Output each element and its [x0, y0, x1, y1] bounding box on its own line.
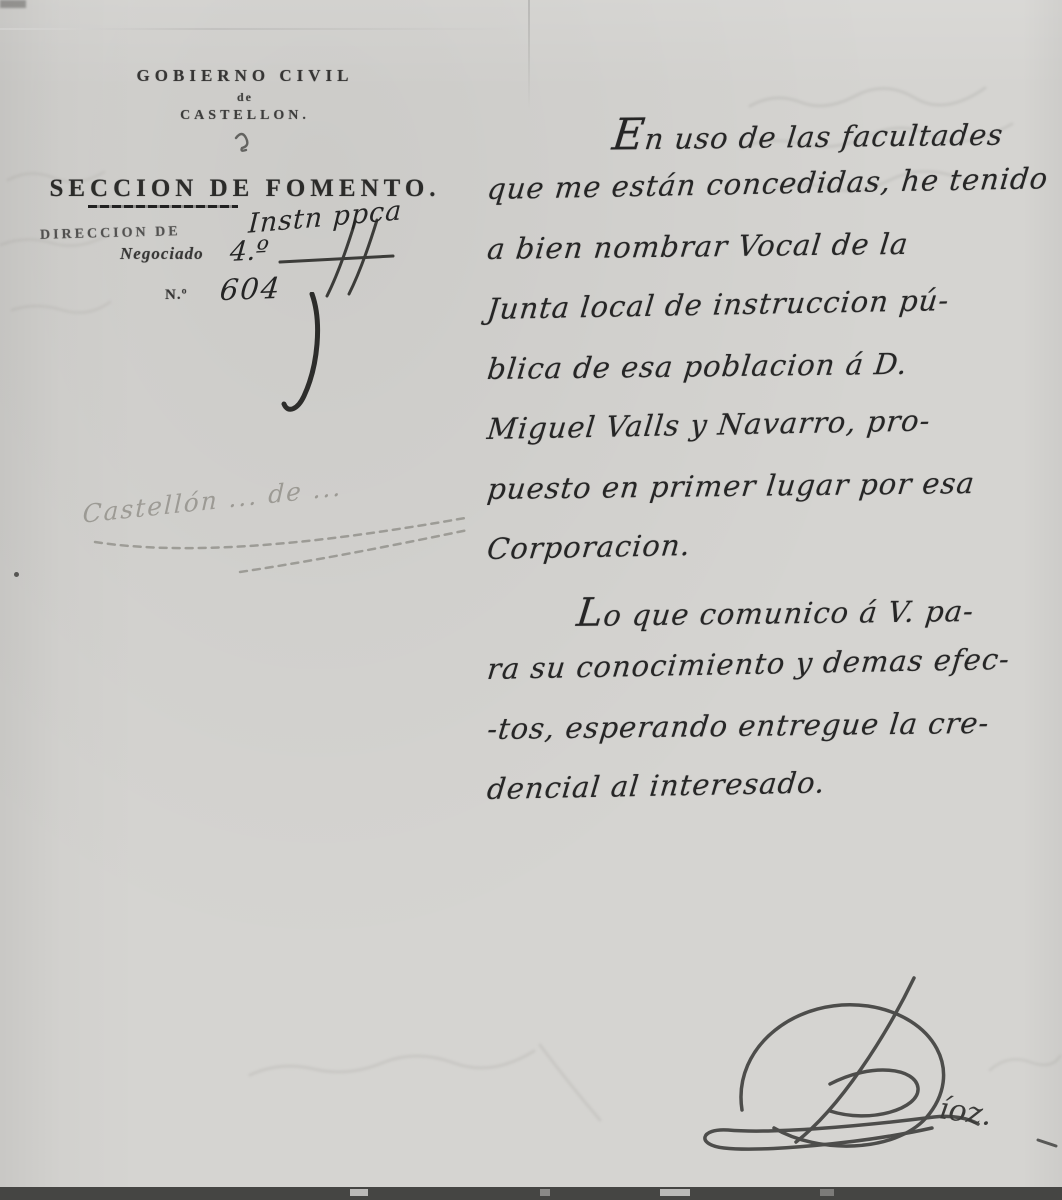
- letter-body: En uso de las facultades que me están co…: [486, 112, 1062, 832]
- letter-line: Miguel Valls y Navarro, pro-: [483, 401, 1062, 472]
- letterhead-line3: CASTELLON.: [30, 108, 460, 124]
- scan-edge-strip: [0, 1187, 1062, 1200]
- signature-tail: [1038, 1140, 1056, 1146]
- direccion-label: DIRECCION DE: [40, 224, 181, 244]
- ink-spot: [14, 572, 19, 577]
- negociado-handwritten-value: 4.º: [229, 235, 270, 268]
- vertical-crease: [528, 0, 530, 110]
- letterhead-line1: GOBIERNO CIVIL: [30, 66, 460, 86]
- numero-label: N.º: [165, 287, 188, 304]
- letter-line: ra su conocimiento y demas efec-: [483, 641, 1062, 712]
- letter-line: dencial al interesado.: [483, 761, 1062, 832]
- letter-line: Junta local de instruccion pú-: [483, 281, 1062, 352]
- letterhead: GOBIERNO CIVIL de CASTELLON. SECCION DE …: [30, 66, 460, 304]
- horizontal-crease: [0, 28, 540, 30]
- negociado-label: Negociado: [120, 244, 204, 264]
- bleed-through-bottom: [240, 1035, 660, 1125]
- signature-text: íoz.: [937, 1091, 994, 1133]
- letter-line: Corporacion.: [483, 521, 1062, 592]
- scan-corner-mark: [0, 0, 26, 8]
- letterhead-line2: de: [30, 90, 460, 105]
- letter-line: que me están concedidas, he tenido: [483, 161, 1062, 232]
- numero-flourish: [260, 292, 340, 422]
- section-underline: [88, 205, 238, 208]
- scanned-letter-page: GOBIERNO CIVIL de CASTELLON. SECCION DE …: [0, 0, 1062, 1200]
- date-line-swash: [90, 500, 470, 580]
- letterhead-ornament-icon: [30, 132, 460, 157]
- signature: íoz.: [680, 968, 1062, 1200]
